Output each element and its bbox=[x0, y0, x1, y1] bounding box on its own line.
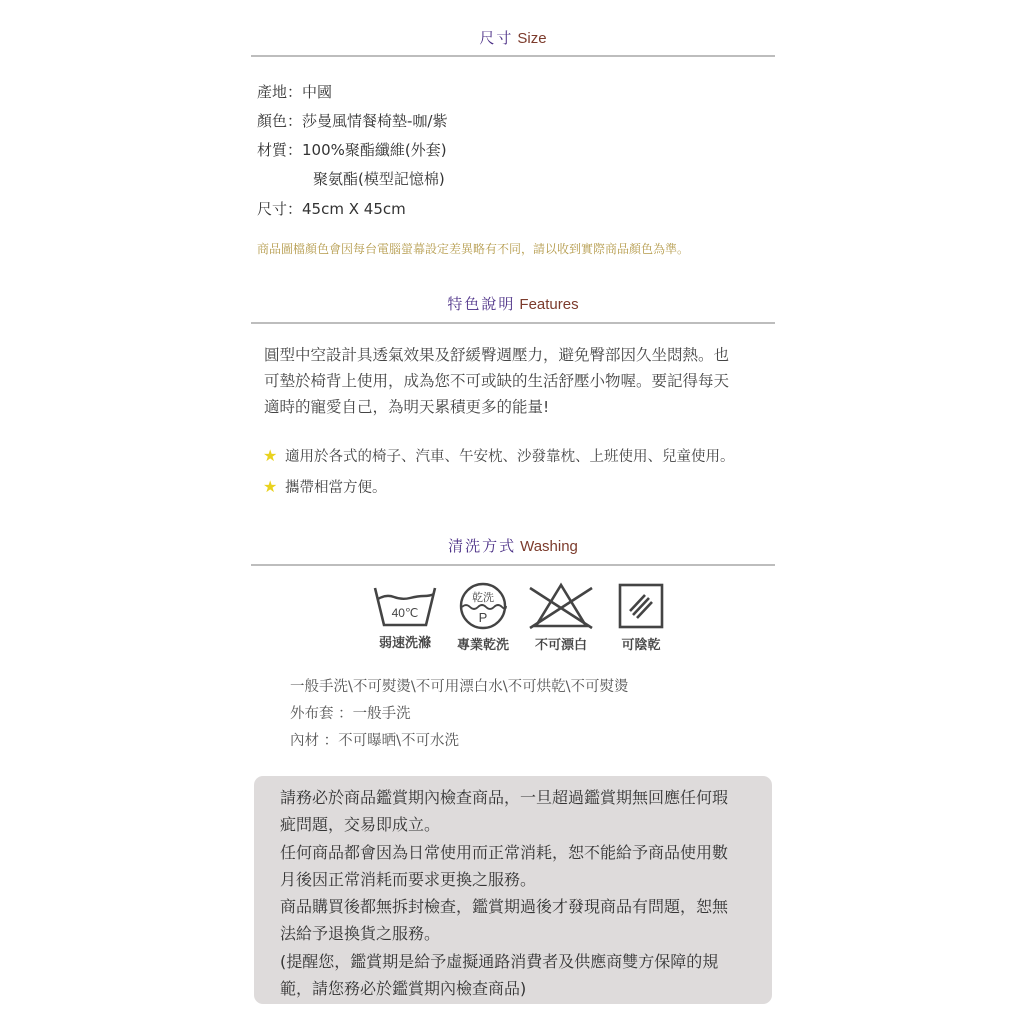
notice-line: 任何商品都會因為日常使用而正常消耗，恕不能給予商品使用數 bbox=[280, 839, 772, 866]
features-line: 適時的寵愛自己，為明天累積更多的能量! bbox=[264, 394, 774, 420]
spec-value: 45cm X 45cm bbox=[302, 199, 406, 219]
notice-line: 月後因正常消耗而要求更換之服務。 bbox=[280, 866, 772, 893]
shade-dry-icon bbox=[617, 582, 665, 630]
star-icon: ★ bbox=[263, 446, 277, 466]
svg-text:乾洗: 乾洗 bbox=[472, 590, 494, 604]
features-title-en: Features bbox=[519, 296, 578, 313]
care-item-gentle-wash: 40℃ 弱速洗滌 bbox=[365, 582, 445, 652]
section-divider bbox=[251, 564, 775, 566]
care-symbols: 40℃ 弱速洗滌 乾洗 P 專業乾洗 不可漂白 bbox=[251, 582, 775, 662]
wash-instruction-cover: 外布套 ：一般手洗 bbox=[290, 704, 411, 724]
size-title-en: Size bbox=[517, 30, 546, 47]
care-label: 不可漂白 bbox=[521, 638, 601, 654]
spec-value: 100%聚酯纖維(外套) bbox=[302, 140, 447, 160]
features-description: 圓型中空設計具透氣效果及舒緩臀週壓力，避免臀部因久坐悶熱。也 可墊於椅背上使用，… bbox=[264, 342, 774, 420]
washing-section-title: 清洗方式Washing bbox=[251, 536, 775, 557]
feature-bullet: ★適用於各式的椅子、汽車、午安枕、沙發靠枕、上班使用、兒童使用。 bbox=[263, 446, 735, 467]
features-line: 圓型中空設計具透氣效果及舒緩臀週壓力，避免臀部因久坐悶熱。也 bbox=[264, 342, 774, 368]
notice-line: 範，請您務必於鑑賞期內檢查商品) bbox=[280, 975, 772, 1002]
notice-line: 疵問題，交易即成立。 bbox=[280, 811, 772, 838]
notice-line: (提醒您，鑑賞期是給予虛擬通路消費者及供應商雙方保障的規 bbox=[280, 948, 772, 975]
features-title-zh: 特色說明 bbox=[447, 295, 515, 313]
spec-value: 莎曼風情餐椅墊-咖/紫 bbox=[302, 111, 447, 131]
spec-value: 中國 bbox=[302, 82, 332, 102]
feature-bullet: ★攜帶相當方便。 bbox=[263, 477, 387, 498]
wash-instruction-general: 一般手洗\不可熨燙\不可用漂白水\不可烘乾\不可熨燙 bbox=[290, 677, 629, 697]
spec-material-inner: 聚氨酯(模型記憶棉) bbox=[313, 169, 445, 189]
washing-title-en: Washing bbox=[520, 538, 578, 555]
no-bleach-icon bbox=[528, 582, 594, 630]
star-icon: ★ bbox=[263, 477, 277, 497]
care-item-shade-dry: 可陰乾 bbox=[601, 582, 681, 654]
care-label: 可陰乾 bbox=[601, 638, 681, 654]
color-disclaimer: 商品圖檔顏色會因每台電腦螢幕設定差異略有不同，請以收到實際商品顏色為準。 bbox=[257, 240, 689, 258]
care-label: 弱速洗滌 bbox=[365, 636, 445, 652]
dry-clean-icon: 乾洗 P bbox=[457, 582, 509, 630]
spec-label: 顏色： bbox=[257, 111, 302, 131]
care-label: 專業乾洗 bbox=[443, 638, 523, 654]
spec-label: 材質： bbox=[257, 140, 302, 160]
spec-dimensions: 尺寸：45cm X 45cm bbox=[257, 199, 406, 219]
size-title-zh: 尺寸 bbox=[479, 29, 513, 47]
features-line: 可墊於椅背上使用，成為您不可或缺的生活舒壓小物喔。要記得每天 bbox=[264, 368, 774, 394]
features-section-title: 特色說明Features bbox=[251, 294, 775, 315]
spec-material: 材質：100%聚酯纖維(外套) bbox=[257, 140, 447, 160]
spec-color: 顏色：莎曼風情餐椅墊-咖/紫 bbox=[257, 111, 447, 131]
care-item-dry-clean: 乾洗 P 專業乾洗 bbox=[443, 582, 523, 654]
svg-text:40℃: 40℃ bbox=[392, 606, 419, 620]
section-divider bbox=[251, 322, 775, 324]
notice-line: 法給予退換貨之服務。 bbox=[280, 920, 772, 947]
washing-title-zh: 清洗方式 bbox=[448, 537, 516, 555]
svg-text:P: P bbox=[479, 610, 488, 625]
care-item-no-bleach: 不可漂白 bbox=[521, 582, 601, 654]
size-section-title: 尺寸Size bbox=[251, 28, 775, 49]
notice-line: 請務必於商品鑑賞期內檢查商品，一旦超過鑑賞期無回應任何瑕 bbox=[280, 784, 772, 811]
appraisal-period-notice: 請務必於商品鑑賞期內檢查商品，一旦超過鑑賞期無回應任何瑕 疵問題，交易即成立。 … bbox=[254, 776, 772, 1004]
section-divider bbox=[251, 55, 775, 57]
feature-bullet-text: 適用於各式的椅子、汽車、午安枕、沙發靠枕、上班使用、兒童使用。 bbox=[285, 449, 735, 465]
gentle-wash-icon: 40℃ bbox=[372, 582, 438, 628]
wash-instruction-inner: 內材 ：不可曝晒\不可水洗 bbox=[290, 731, 459, 751]
spec-label: 尺寸： bbox=[257, 199, 302, 219]
spec-origin: 產地：中國 bbox=[257, 82, 332, 102]
notice-line: 商品購買後都無拆封檢查，鑑賞期過後才發現商品有問題，恕無 bbox=[280, 893, 772, 920]
spec-label: 產地： bbox=[257, 82, 302, 102]
feature-bullet-text: 攜帶相當方便。 bbox=[285, 480, 387, 496]
